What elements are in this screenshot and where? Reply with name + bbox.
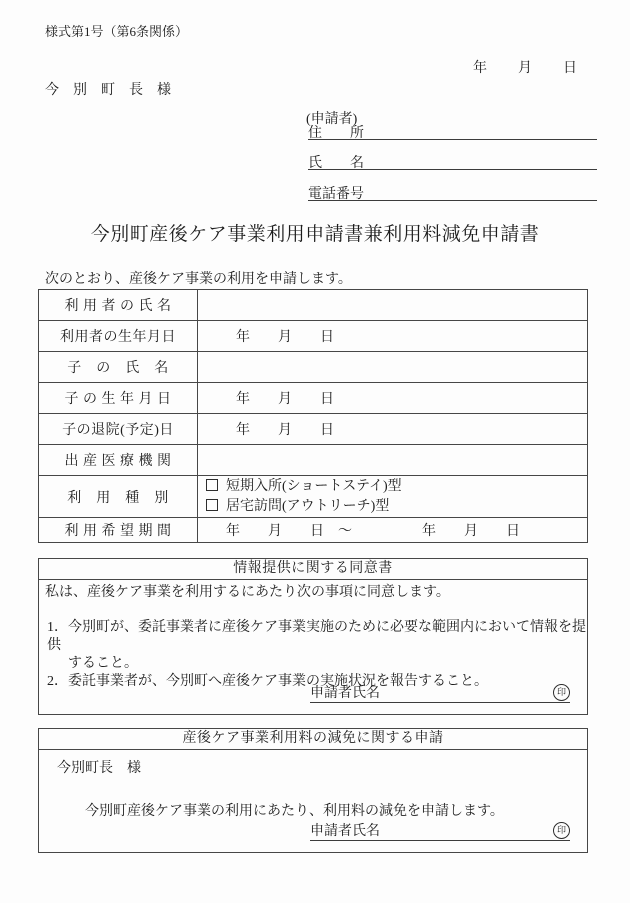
address-label: 住 所 xyxy=(308,126,364,141)
desired-period-label: 利 用 希 望 期 間 xyxy=(39,518,198,543)
address-field[interactable]: 住 所 xyxy=(308,122,597,140)
child-name-input-area[interactable] xyxy=(198,352,588,383)
exemption-signature-label: 申請者氏名 xyxy=(310,820,380,840)
table-row: 出 産 医 療 機 関 xyxy=(39,445,588,476)
exemption-signature-line[interactable]: 申請者氏名 印 xyxy=(310,822,570,841)
usage-type-option-short-stay[interactable]: 短期入所(ショートステイ)型 xyxy=(206,477,587,497)
table-row: 子 の 氏 名 xyxy=(39,352,588,383)
consent-section: 情報提供に関する同意書 私は、産後ケア事業を利用するにあたり次の事項に同意します… xyxy=(38,558,588,715)
date-fill-in[interactable]: 年 月 日 xyxy=(473,57,578,77)
checkbox-icon[interactable] xyxy=(206,479,218,491)
consent-item-1-continued: すること。 xyxy=(47,655,587,673)
exemption-addressee: 今別町長 様 xyxy=(57,757,587,777)
form-number: 様式第1号（第6条関係） xyxy=(45,21,188,40)
user-name-label: 利 用 者 の 氏 名 xyxy=(39,290,198,321)
consent-items: 1．今別町が、委託事業者に産後ケア事業実施のために必要な範囲内において情報を提供… xyxy=(47,619,587,691)
fee-exemption-section: 産後ケア事業利用料の減免に関する申請 今別町長 様 今別町産後ケア事業の利用にあ… xyxy=(38,728,588,853)
discharge-date-label: 子の退院(予定)日 xyxy=(39,414,198,445)
discharge-date-input-area[interactable]: 年 月 日 xyxy=(198,414,588,445)
application-form-document: 様式第1号（第6条関係） 年 月 日 今 別 町 長 様 (申請者) 住 所 氏… xyxy=(0,0,630,903)
medical-institution-input-area[interactable] xyxy=(198,445,588,476)
outreach-option-label: 居宅訪問(アウトリーチ)型 xyxy=(226,499,389,514)
consent-signature-label: 申請者氏名 xyxy=(310,682,380,702)
exemption-statement: 今別町産後ケア事業の利用にあたり、利用料の減免を申請します。 xyxy=(85,800,587,820)
phone-label: 電話番号 xyxy=(308,187,364,202)
intro-sentence: 次のとおり、産後ケア事業の利用を申請します。 xyxy=(45,268,352,288)
usage-type-label: 利 用 種 別 xyxy=(39,476,198,518)
seal-icon: 印 xyxy=(553,684,570,701)
document-title: 今別町産後ケア事業利用申請書兼利用料減免申請書 xyxy=(0,219,630,246)
user-birthdate-label: 利用者の生年月日 xyxy=(39,321,198,352)
usage-type-option-outreach[interactable]: 居宅訪問(アウトリーチ)型 xyxy=(206,497,587,517)
child-birthdate-input-area[interactable]: 年 月 日 xyxy=(198,383,588,414)
table-row: 利 用 希 望 期 間 年 月 日 ～ 年 月 日 xyxy=(39,518,588,543)
checkbox-icon[interactable] xyxy=(206,499,218,511)
addressee-mayor: 今 別 町 長 様 xyxy=(45,79,171,99)
child-name-label: 子 の 氏 名 xyxy=(39,352,198,383)
usage-type-options: 短期入所(ショートステイ)型 居宅訪問(アウトリーチ)型 xyxy=(198,476,588,518)
phone-field[interactable]: 電話番号 xyxy=(308,183,597,201)
table-row: 子 の 生 年 月 日 年 月 日 xyxy=(39,383,588,414)
table-row: 利 用 種 別 短期入所(ショートステイ)型 居宅訪問(アウトリーチ)型 xyxy=(39,476,588,518)
user-name-input-area[interactable] xyxy=(198,290,588,321)
exemption-section-title: 産後ケア事業利用料の減免に関する申請 xyxy=(39,729,587,750)
table-row: 利 用 者 の 氏 名 xyxy=(39,290,588,321)
table-row: 利用者の生年月日 年 月 日 xyxy=(39,321,588,352)
name-label: 氏 名 xyxy=(308,156,364,171)
consent-intro: 私は、産後ケア事業を利用するにあたり次の事項に同意します。 xyxy=(45,584,587,602)
child-birthdate-label: 子 の 生 年 月 日 xyxy=(39,383,198,414)
table-row: 子の退院(予定)日 年 月 日 xyxy=(39,414,588,445)
user-birthdate-input-area[interactable]: 年 月 日 xyxy=(198,321,588,352)
seal-icon: 印 xyxy=(553,822,570,839)
medical-institution-label: 出 産 医 療 機 関 xyxy=(39,445,198,476)
desired-period-input-area[interactable]: 年 月 日 ～ 年 月 日 xyxy=(198,518,588,543)
application-table: 利 用 者 の 氏 名 利用者の生年月日 年 月 日 子 の 氏 名 子 の 生… xyxy=(38,289,588,543)
name-field[interactable]: 氏 名 xyxy=(308,152,597,170)
consent-signature-line[interactable]: 申請者氏名 印 xyxy=(310,684,570,703)
short-stay-option-label: 短期入所(ショートステイ)型 xyxy=(226,479,402,494)
consent-section-title: 情報提供に関する同意書 xyxy=(39,559,587,580)
consent-item-1: 1．今別町が、委託事業者に産後ケア事業実施のために必要な範囲内において情報を提供 xyxy=(47,619,587,655)
